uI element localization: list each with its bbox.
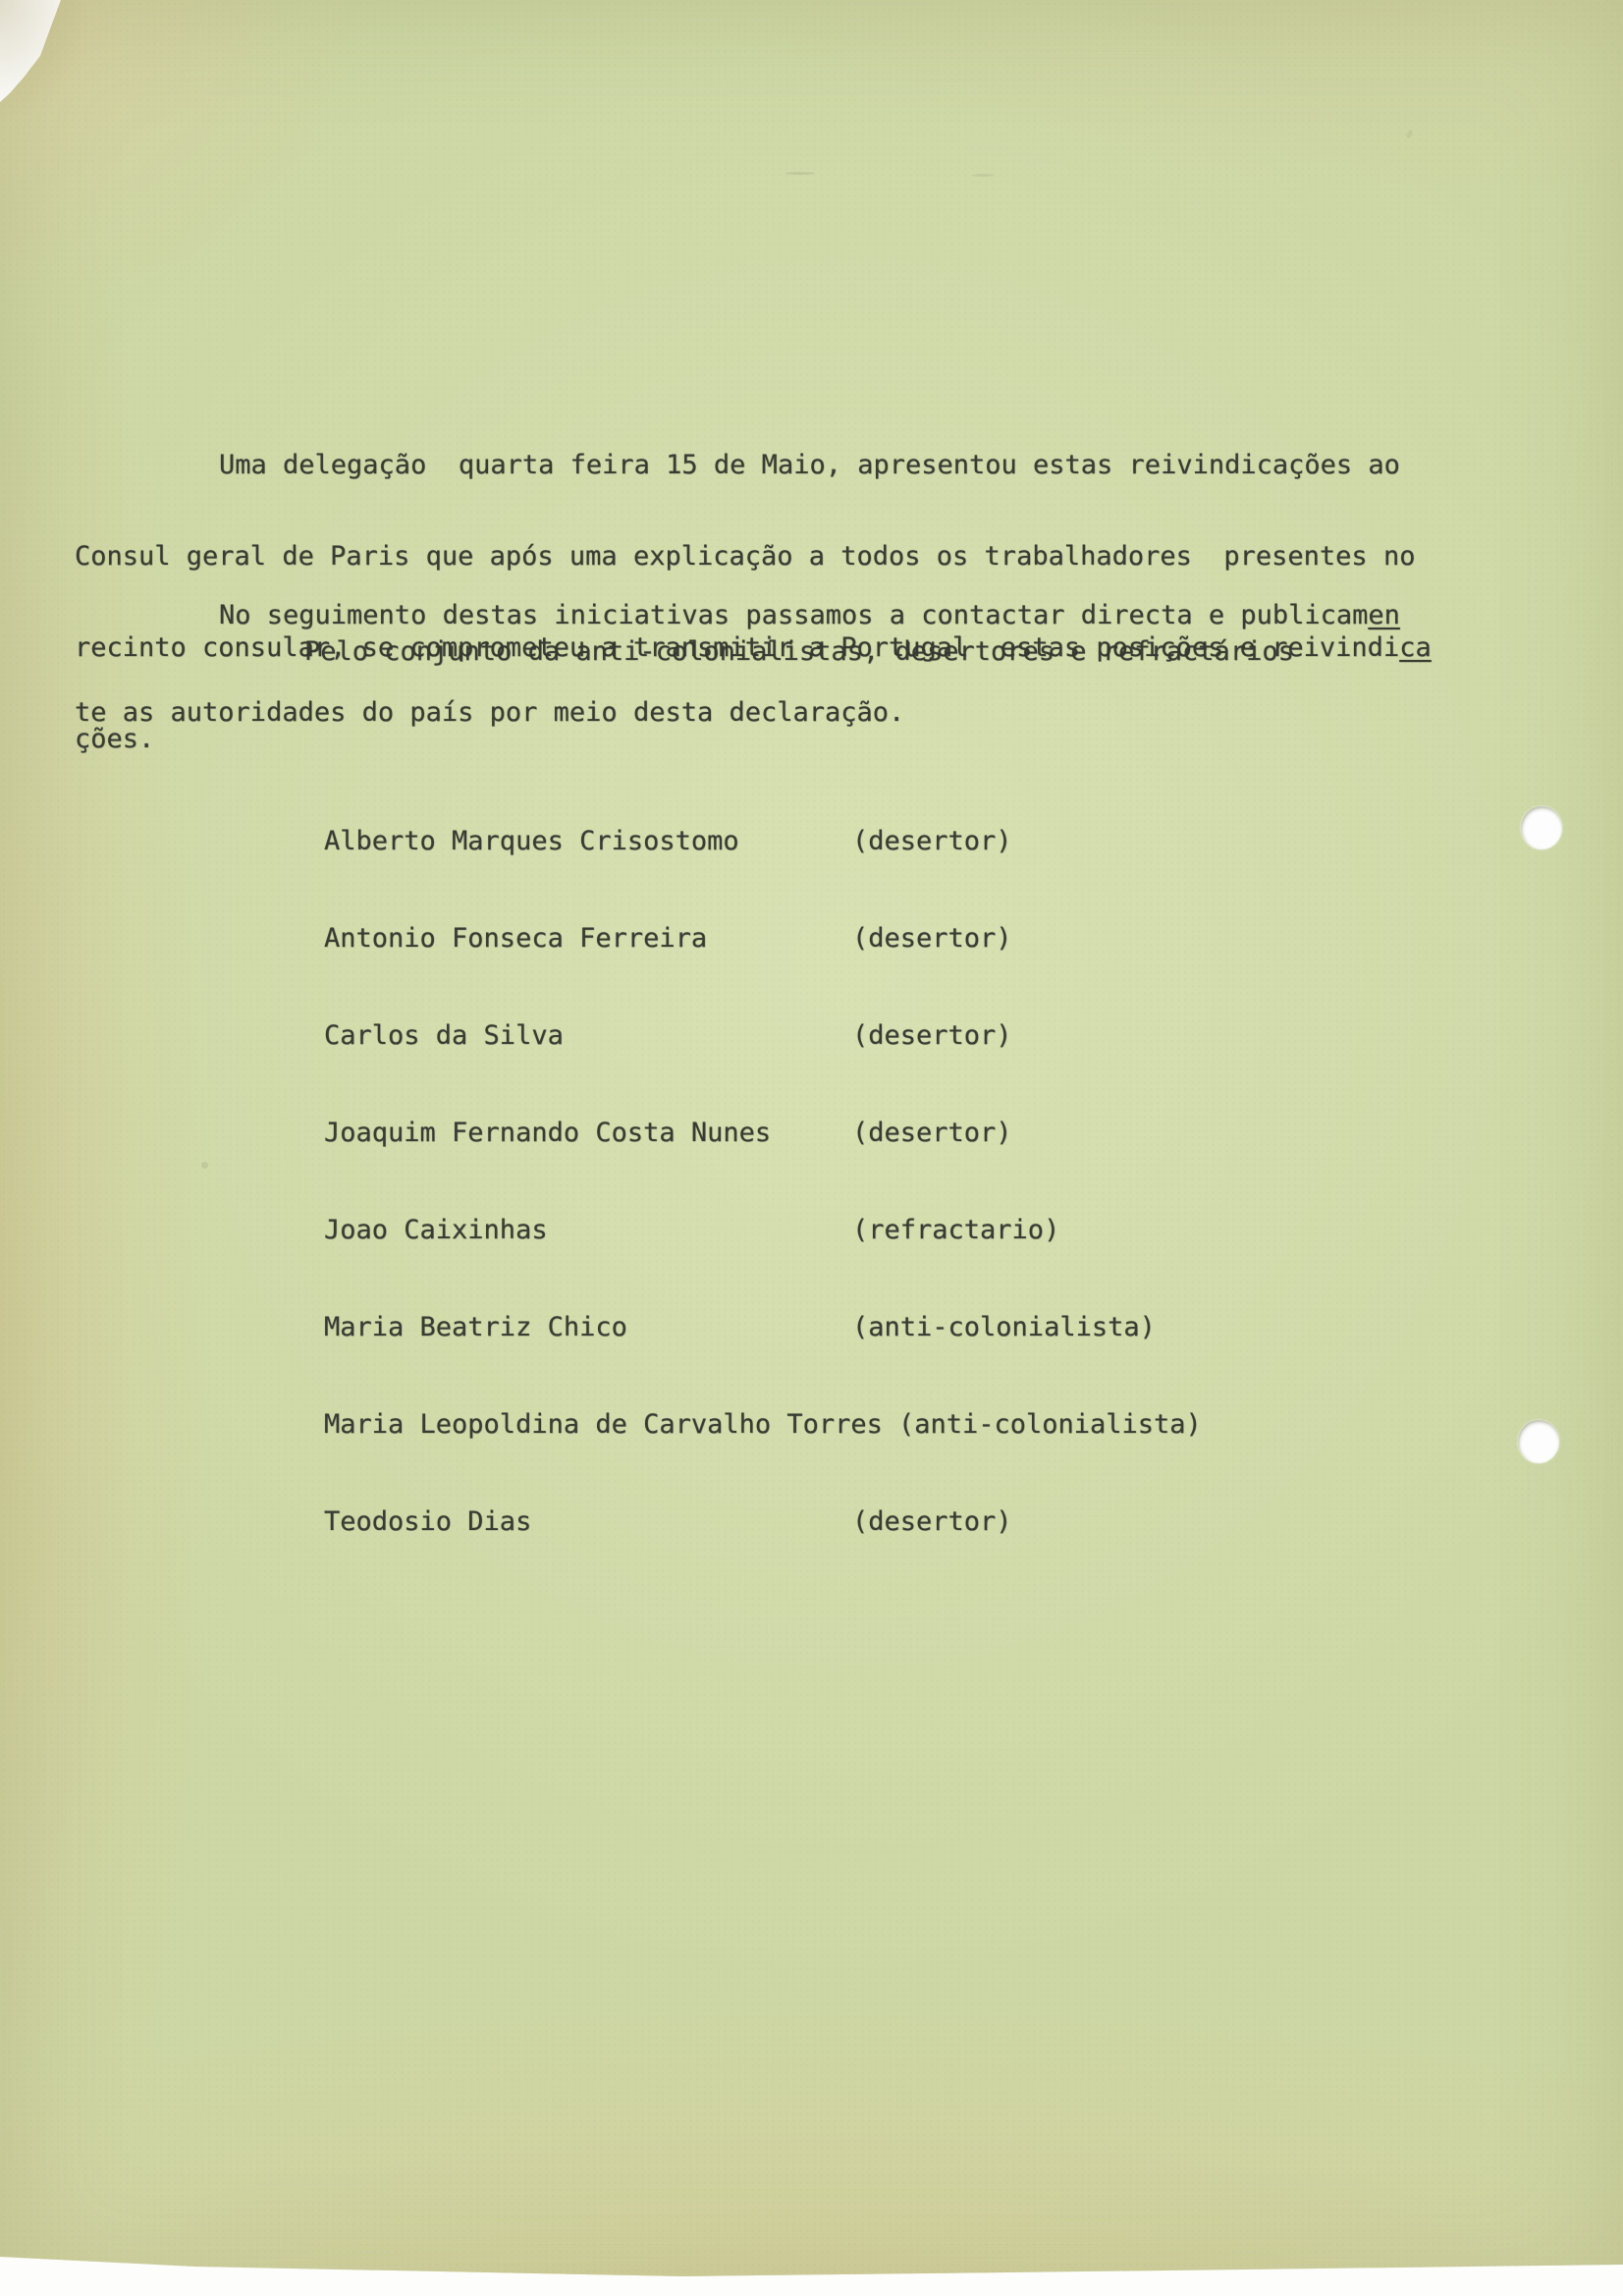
signatory-name: Alberto Marques Crisostomo [324, 825, 837, 857]
signatory-status: (anti-colonialista) [898, 1408, 1202, 1441]
signatory-row: Carlos da Silva (desertor) [324, 1019, 1202, 1052]
paragraph-line: te as autoridades do país por meio desta… [75, 696, 1400, 729]
signatory-status: (desertor) [852, 1019, 1012, 1052]
punch-hole-bottom [1518, 1420, 1559, 1463]
signatory-name: Teodosio Dias [324, 1505, 837, 1538]
signatory-name: Maria Beatriz Chico [324, 1311, 837, 1343]
signatory-name: Joaquim Fernando Costa Nunes [324, 1117, 837, 1149]
paragraph-line: No seguimento destas iniciativas passamo… [75, 599, 1400, 631]
signatory-name: Carlos da Silva [324, 1019, 837, 1052]
scan-smudge [201, 1162, 208, 1169]
signatory-status: (anti-colonialista) [852, 1311, 1156, 1343]
scan-smudge [972, 174, 994, 177]
signatory-row: Maria Leopoldina de Carvalho Torres (ant… [324, 1408, 1202, 1441]
signatory-status: (desertor) [852, 825, 1012, 857]
signatory-status: (desertor) [852, 1117, 1012, 1149]
signatory-status: (refractario) [852, 1214, 1059, 1246]
signatory-row: Joaquim Fernando Costa Nunes (desertor) [324, 1117, 1202, 1149]
signatory-row: Maria Beatriz Chico (anti-colonialista) [324, 1311, 1202, 1343]
signatory-row: Alberto Marques Crisostomo (desertor) [324, 825, 1202, 857]
scan-smudge [785, 172, 815, 175]
signatory-status: (desertor) [852, 1505, 1012, 1538]
signatory-name: Joao Caixinhas [324, 1214, 837, 1246]
signatory-name: Maria Leopoldina de Carvalho Torres [324, 1408, 883, 1441]
collective-signature-line: Pelo conjunto da anti-colonialistas, des… [304, 636, 1294, 667]
signatory-status: (desertor) [852, 922, 1012, 955]
signatory-row: Antonio Fonseca Ferreira (desertor) [324, 922, 1202, 955]
scanned-document: Uma delegação quarta feira 15 de Maio, a… [0, 0, 1623, 2296]
hyphen-continuation: ca [1399, 632, 1432, 663]
signatory-list: Alberto Marques Crisostomo (desertor) An… [324, 760, 1202, 1603]
signatory-name: Antonio Fonseca Ferreira [324, 922, 837, 955]
signatory-row: Joao Caixinhas (refractario) [324, 1214, 1202, 1246]
hyphen-continuation: en [1368, 600, 1400, 630]
punch-hole-top [1521, 806, 1562, 849]
paragraph-line: Uma delegação quarta feira 15 de Maio, a… [75, 450, 1432, 480]
signatory-row: Teodosio Dias (desertor) [324, 1505, 1202, 1538]
paragraph-line-text: No seguimento destas iniciativas passamo… [219, 600, 1368, 630]
